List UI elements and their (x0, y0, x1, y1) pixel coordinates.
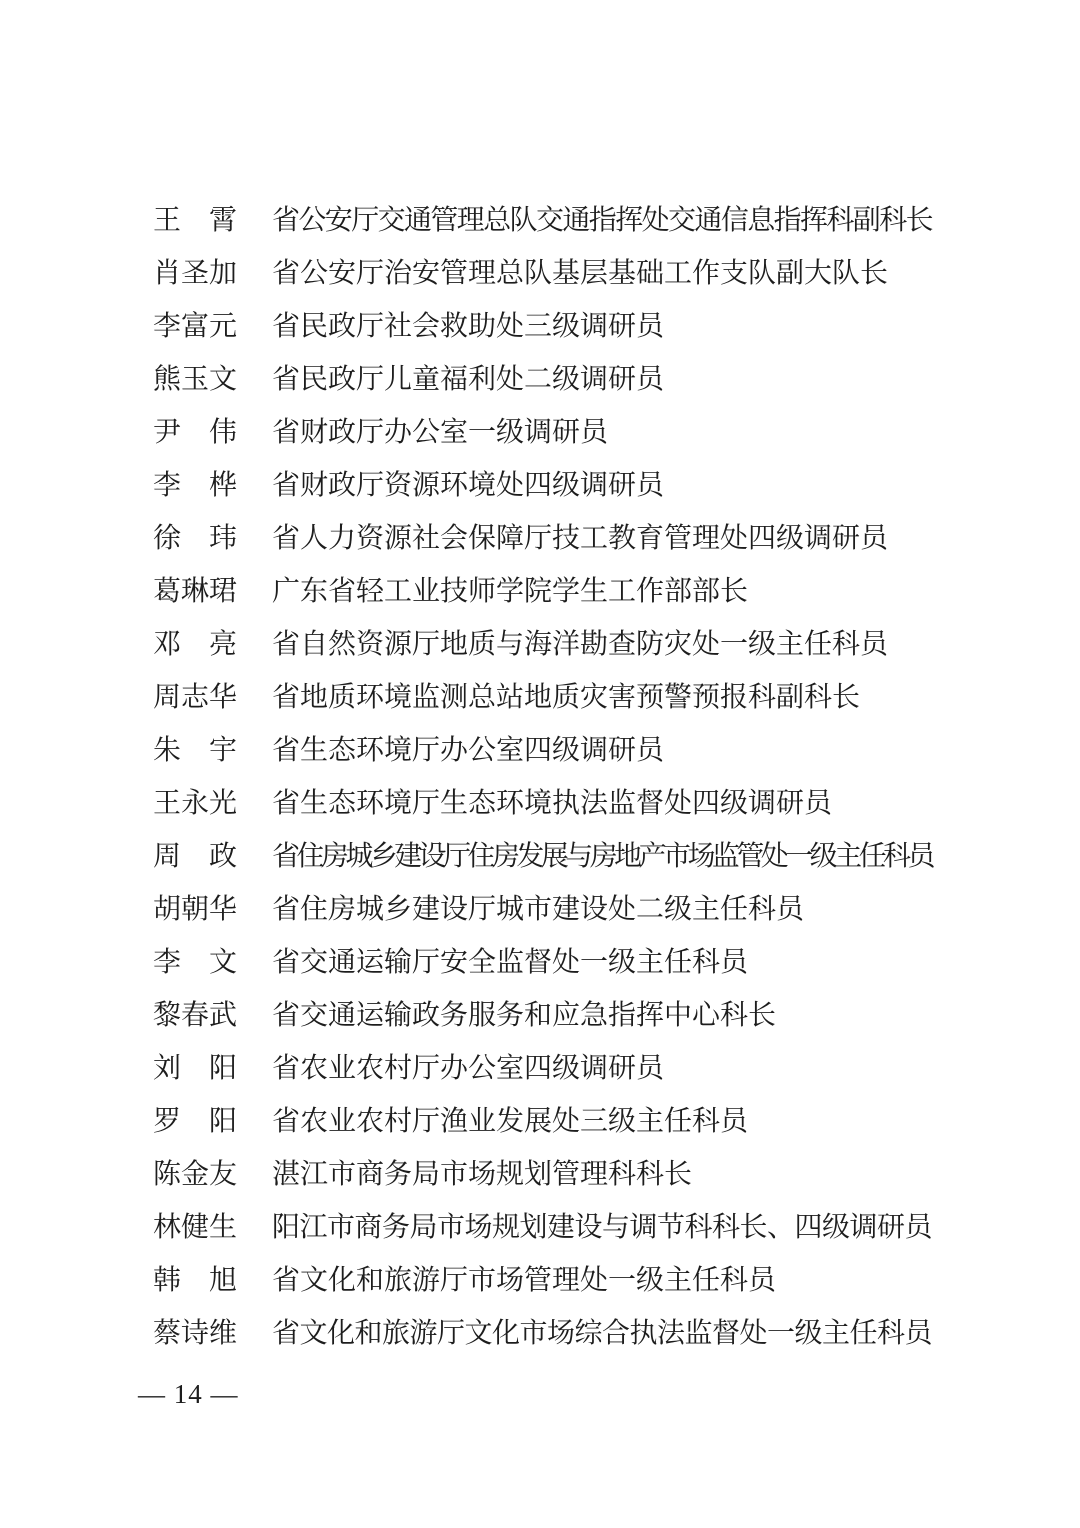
roster-row: 朱 宇 省生态环境厅办公室四级调研员 (153, 724, 932, 777)
roster-row: 李 文 省交通运输厅安全监督处一级主任科员 (153, 936, 932, 989)
person-name: 王永光 (153, 777, 237, 830)
roster-row: 熊玉文 省民政厅儿童福利处二级调研员 (153, 353, 932, 406)
person-title: 省人力资源社会保障厅技工教育管理处四级调研员 (272, 512, 888, 565)
person-title: 广东省轻工业技师学院学生工作部部长 (272, 565, 748, 618)
roster-row: 黎春武 省交通运输政务服务和应急指挥中心科长 (153, 989, 932, 1042)
roster-row: 葛琳珺 广东省轻工业技师学院学生工作部部长 (153, 565, 932, 618)
person-title: 阳江市商务局市场规划建设与调节科科长、四级调研员 (272, 1201, 932, 1254)
roster-row: 王 霄 省公安厅交通管理总队交通指挥处交通信息指挥科副科长 (153, 194, 932, 247)
person-name: 韩 旭 (153, 1254, 237, 1307)
roster-row: 邓 亮 省自然资源厅地质与海洋勘查防灾处一级主任科员 (153, 618, 932, 671)
person-name: 尹 伟 (153, 406, 237, 459)
person-name: 刘 阳 (153, 1042, 237, 1095)
person-title: 省住房城乡建设厅住房发展与房地产市场监管处一级主任科员 (272, 830, 932, 883)
roster-row: 蔡诗维 省文化和旅游厅文化市场综合执法监督处一级主任科员 (153, 1307, 932, 1360)
roster-row: 胡朝华 省住房城乡建设厅城市建设处二级主任科员 (153, 883, 932, 936)
roster-row: 尹 伟 省财政厅办公室一级调研员 (153, 406, 932, 459)
person-name: 李 桦 (153, 459, 237, 512)
person-title: 省农业农村厅渔业发展处三级主任科员 (272, 1095, 748, 1148)
person-title: 省住房城乡建设厅城市建设处二级主任科员 (272, 883, 804, 936)
roster-list: 王 霄 省公安厅交通管理总队交通指挥处交通信息指挥科副科长 肖圣加 省公安厅治安… (153, 194, 932, 1360)
roster-row: 林健生 阳江市商务局市场规划建设与调节科科长、四级调研员 (153, 1201, 932, 1254)
roster-row: 陈金友 湛江市商务局市场规划管理科科长 (153, 1148, 932, 1201)
roster-row: 周 政 省住房城乡建设厅住房发展与房地产市场监管处一级主任科员 (153, 830, 932, 883)
roster-row: 王永光 省生态环境厅生态环境执法监督处四级调研员 (153, 777, 932, 830)
person-title: 省农业农村厅办公室四级调研员 (272, 1042, 664, 1095)
person-title: 省生态环境厅办公室四级调研员 (272, 724, 664, 777)
roster-row: 肖圣加 省公安厅治安管理总队基层基础工作支队副大队长 (153, 247, 932, 300)
person-title: 省交通运输政务服务和应急指挥中心科长 (272, 989, 776, 1042)
person-title: 省财政厅办公室一级调研员 (272, 406, 608, 459)
person-title: 省自然资源厅地质与海洋勘查防灾处一级主任科员 (272, 618, 888, 671)
person-name: 肖圣加 (153, 247, 237, 300)
person-name: 胡朝华 (153, 883, 237, 936)
person-name: 熊玉文 (153, 353, 237, 406)
person-name: 周志华 (153, 671, 237, 724)
person-name: 黎春武 (153, 989, 237, 1042)
person-name: 李富元 (153, 300, 237, 353)
person-title: 省交通运输厅安全监督处一级主任科员 (272, 936, 748, 989)
person-name: 邓 亮 (153, 618, 237, 671)
person-title: 湛江市商务局市场规划管理科科长 (272, 1148, 692, 1201)
roster-row: 徐 玮 省人力资源社会保障厅技工教育管理处四级调研员 (153, 512, 932, 565)
person-title: 省民政厅社会救助处三级调研员 (272, 300, 664, 353)
person-name: 徐 玮 (153, 512, 237, 565)
person-name: 陈金友 (153, 1148, 237, 1201)
roster-row: 周志华 省地质环境监测总站地质灾害预警预报科副科长 (153, 671, 932, 724)
roster-row: 李富元 省民政厅社会救助处三级调研员 (153, 300, 932, 353)
person-name: 李 文 (153, 936, 237, 989)
person-title: 省文化和旅游厅文化市场综合执法监督处一级主任科员 (272, 1307, 932, 1360)
person-name: 林健生 (153, 1201, 237, 1254)
document-page: 王 霄 省公安厅交通管理总队交通指挥处交通信息指挥科副科长 肖圣加 省公安厅治安… (0, 0, 1080, 1528)
person-name: 朱 宇 (153, 724, 237, 777)
person-name: 周 政 (153, 830, 237, 883)
person-title: 省地质环境监测总站地质灾害预警预报科副科长 (272, 671, 860, 724)
person-name: 葛琳珺 (153, 565, 237, 618)
person-title: 省公安厅治安管理总队基层基础工作支队副大队长 (272, 247, 888, 300)
person-name: 罗 阳 (153, 1095, 237, 1148)
roster-row: 韩 旭 省文化和旅游厅市场管理处一级主任科员 (153, 1254, 932, 1307)
roster-row: 罗 阳 省农业农村厅渔业发展处三级主任科员 (153, 1095, 932, 1148)
person-title: 省生态环境厅生态环境执法监督处四级调研员 (272, 777, 832, 830)
person-name: 蔡诗维 (153, 1307, 237, 1360)
person-title: 省公安厅交通管理总队交通指挥处交通信息指挥科副科长 (272, 194, 932, 247)
roster-row: 刘 阳 省农业农村厅办公室四级调研员 (153, 1042, 932, 1095)
person-title: 省民政厅儿童福利处二级调研员 (272, 353, 664, 406)
person-name: 王 霄 (153, 194, 237, 247)
roster-row: 李 桦 省财政厅资源环境处四级调研员 (153, 459, 932, 512)
page-number: — 14 — (138, 1374, 239, 1414)
person-title: 省财政厅资源环境处四级调研员 (272, 459, 664, 512)
person-title: 省文化和旅游厅市场管理处一级主任科员 (272, 1254, 776, 1307)
